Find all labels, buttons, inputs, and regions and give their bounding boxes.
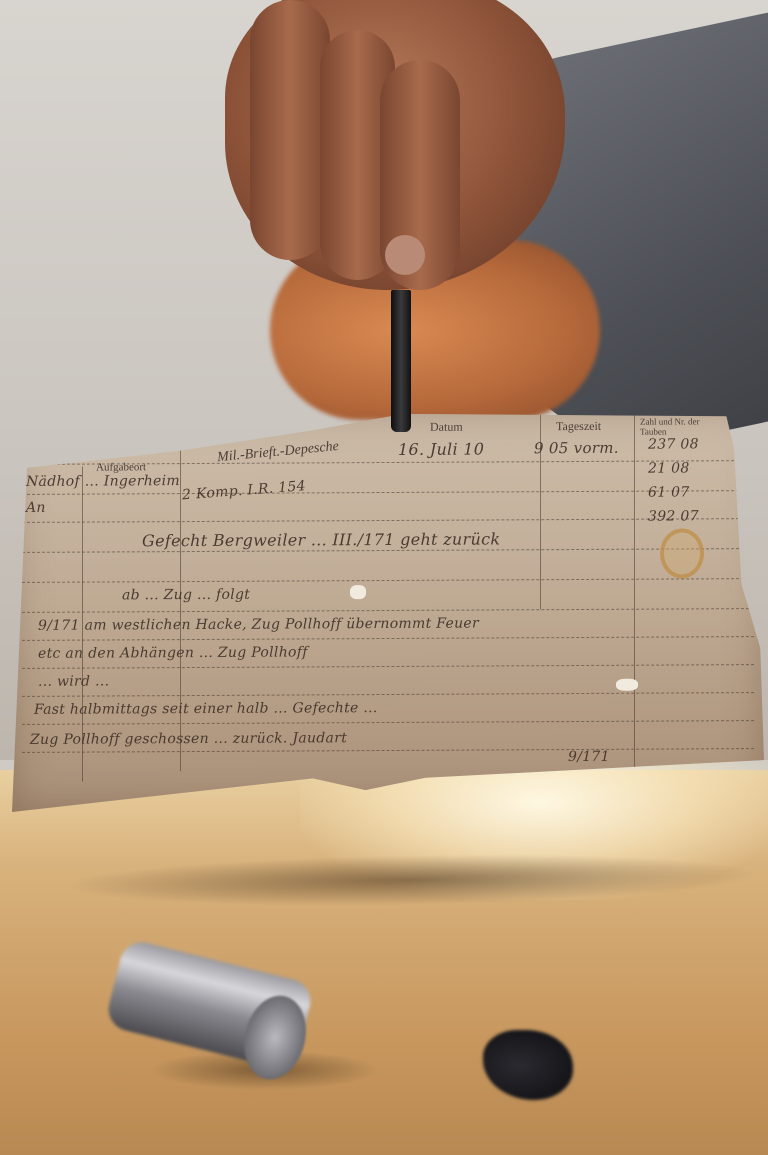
- rule-line: [22, 720, 754, 725]
- time-value: 9 05 vorm.: [534, 439, 619, 457]
- body-line: ab ... Zug ... folgt: [122, 587, 250, 604]
- rule-line: [22, 692, 754, 697]
- count-value: 61 07: [648, 484, 690, 500]
- body-line: Gefecht Bergweiler ... III./171 geht zur…: [142, 529, 500, 550]
- rule-line: [22, 578, 754, 583]
- stain-ring: [660, 528, 704, 578]
- body-line: Fast halbmittags seit einer halb ... Gef…: [34, 700, 378, 718]
- paper-hole: [350, 585, 366, 599]
- rule-line: [22, 490, 754, 495]
- to-label: An: [26, 500, 46, 516]
- telegram-document: Aufgabeort Mil.-Brieft.-Depesche Datum T…: [12, 408, 764, 812]
- label-date: Datum: [430, 420, 463, 435]
- label-count: Zahl und Nr. der Tauben: [640, 416, 720, 436]
- body-line: 9/171 am westlichen Hacke, Zug Pollhoff …: [38, 616, 479, 634]
- rule-line: [22, 664, 754, 669]
- finger: [250, 0, 330, 260]
- signature-mark: 9/171: [568, 749, 610, 765]
- rule-line: [22, 748, 754, 753]
- body-line: etc an den Abhängen ... Zug Pollhoff: [38, 644, 308, 661]
- rule-line: [22, 518, 754, 523]
- paper-hole: [616, 679, 638, 691]
- label-time: Tageszeit: [556, 419, 601, 434]
- column-divider: [634, 409, 635, 769]
- thumbnail: [385, 235, 425, 275]
- origin-value: Nädhof ... Ingerheim: [26, 473, 180, 490]
- rule-line: [22, 636, 754, 641]
- count-value: 237 08: [648, 436, 699, 452]
- date-value: 16. Juli 10: [398, 439, 484, 458]
- tweezers: [391, 290, 411, 432]
- label-origin: Aufgabeort: [96, 461, 146, 473]
- photo-scene: Aufgabeort Mil.-Brieft.-Depesche Datum T…: [0, 0, 768, 1155]
- rule-line: [22, 608, 754, 613]
- body-line: ... wird ...: [38, 673, 109, 689]
- body-line: Zug Pollhoff geschossen ... zurück. Jaud…: [30, 730, 347, 748]
- count-value: 392 07: [648, 508, 699, 524]
- count-value: 21 08: [648, 460, 690, 476]
